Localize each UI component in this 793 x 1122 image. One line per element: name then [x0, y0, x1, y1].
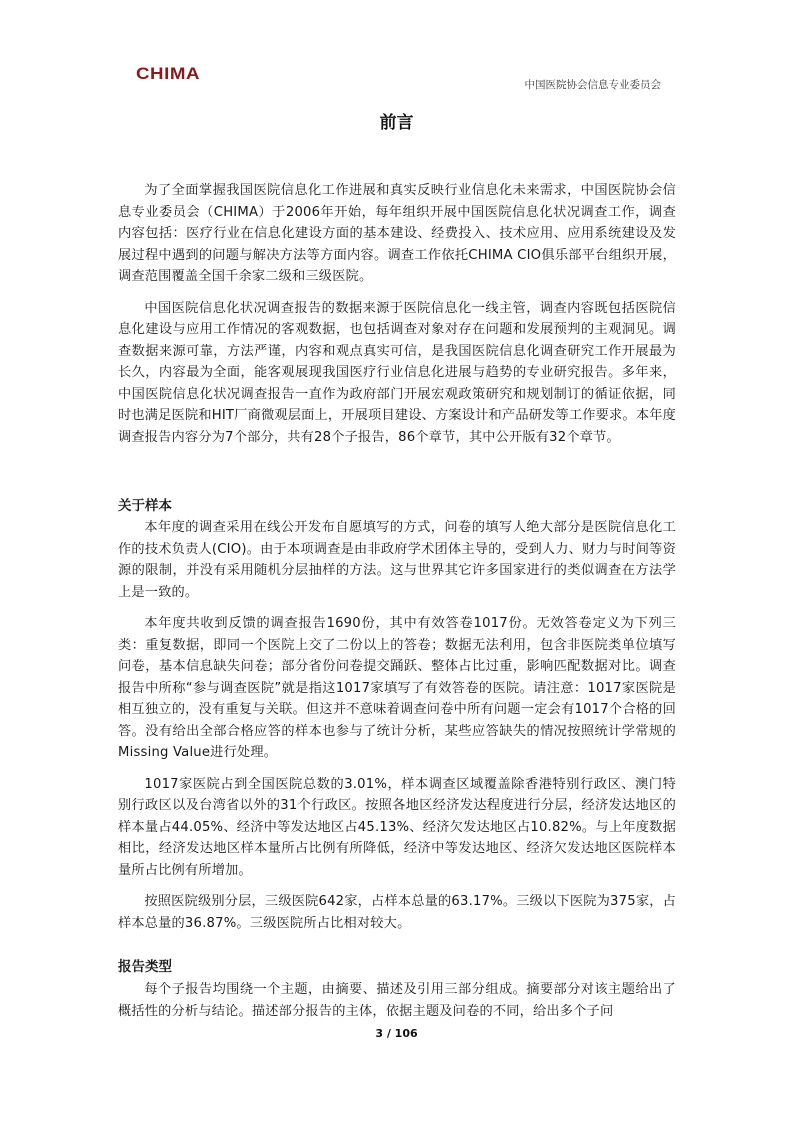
section-heading-sample: 关于样本 [118, 494, 172, 514]
section-sample: 本年度的调查采用在线公开发布自愿填写的方式，问卷的填写人绝大部分是医院信息化工作… [118, 517, 676, 944]
body-paragraph: 按照医院级别分层，三级医院642家，占样本总量的63.17%。三级以下医院为37… [118, 891, 676, 934]
intro-paragraph: 中国医院信息化状况调查报告的数据来源于医院信息化一线主管，调查内容既包括医院信息… [118, 298, 676, 449]
section-report-type: 每个子报告均围绕一个主题，由摘要、描述及引用三部分组成。摘要部分对该主题给出了概… [118, 979, 676, 1022]
body-paragraph: 本年度共收到反馈的调查报告1690份，其中有效答卷1017份。无效答卷定义为下列… [118, 613, 676, 764]
page-title: 前言 [0, 108, 793, 133]
body-paragraph: 每个子报告均围绕一个主题，由摘要、描述及引用三部分组成。摘要部分对该主题给出了概… [118, 979, 676, 1022]
organization-name: 中国医院协会信息专业委员会 [525, 77, 662, 92]
intro-section: 为了全面掌握我国医院信息化工作进展和真实反映行业信息化未来需求，中国医院协会信息… [118, 180, 676, 458]
body-paragraph: 本年度的调查采用在线公开发布自愿填写的方式，问卷的填写人绝大部分是医院信息化工作… [118, 517, 676, 603]
intro-paragraph: 为了全面掌握我国医院信息化工作进展和真实反映行业信息化未来需求，中国医院协会信息… [118, 180, 676, 288]
section-heading-report-type: 报告类型 [118, 955, 172, 975]
page-number: 3 / 106 [0, 1027, 793, 1040]
body-paragraph: 1017家医院占到全国医院总数的3.01%，样本调查区域覆盖除香港特别行政区、澳… [118, 774, 676, 882]
chima-logo: CHIMA [136, 64, 200, 84]
